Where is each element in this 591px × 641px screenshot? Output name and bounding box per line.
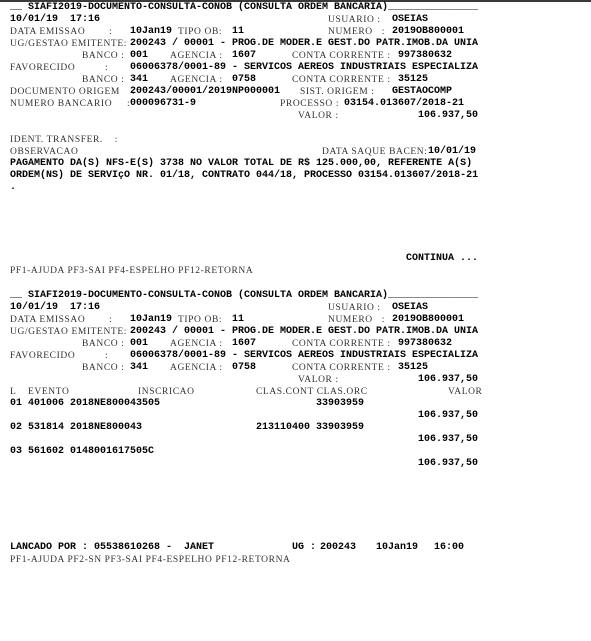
conta-corrente-label: CONTA CORRENTE : (292, 362, 391, 374)
data-saque-bacen-value: 10/01/19 (428, 146, 476, 158)
datetime: 10/01/19 17:16 (10, 302, 100, 314)
agencia-label: AGENCIA : (170, 362, 223, 374)
usuario-value: OSEIAS (392, 14, 428, 26)
column-header-evento: EVENTO (28, 386, 69, 398)
data-emissao-value: 10Jan19 (130, 26, 172, 38)
agencia-value: 1607 (232, 338, 256, 350)
conta-corrente-label: CONTA CORRENTE : (292, 338, 391, 350)
favorecido-row: FAVORECIDO : 06006378/0001-89 - SERVICOS… (10, 350, 34, 362)
valor-row: VALOR : 106.937,50 (10, 374, 34, 386)
valor-label: VALOR : (298, 374, 339, 386)
row-evento: 561602 (28, 446, 64, 458)
valor-value: 106.937,50 (418, 374, 478, 386)
time-footer: 16:00 (434, 542, 464, 554)
column-header-valor: VALOR (448, 386, 483, 398)
usuario-label: USUARIO : (328, 14, 381, 26)
data-emissao-row: DATA EMISSAO : 10Jan19 TIPO OB: 11 NUMER… (10, 26, 34, 38)
table-row-valor: 106.937,50 (10, 458, 34, 470)
data-emissao-value: 10Jan19 (130, 314, 172, 326)
conta-corrente-value: 997380632 (398, 50, 452, 62)
date-footer: 10Jan19 (376, 542, 418, 554)
column-header-l: L (10, 386, 16, 398)
ug-footer-label: UG : (292, 542, 316, 554)
continua-row: CONTINUA ... (10, 253, 34, 265)
banco-label: BANCO : (82, 362, 124, 374)
documento-origem-row: DOCUMENTO ORIGEM : 200243/00001/2019NP00… (10, 86, 34, 98)
observacao-header-row: OBSERVACAO DATA SAQUE BACEN: 10/01/19 (10, 146, 34, 158)
conta-corrente-value: 35125 (398, 362, 428, 374)
column-header-clas: CLAS.CONT CLAS.ORC (256, 386, 368, 398)
valor-label: VALOR : (298, 110, 339, 122)
banco-emitente-row: BANCO : 001 AGENCIA : 1607 CONTA CORRENT… (10, 50, 34, 62)
ug-emitente-label: UG/GESTAO EMITENTE: (10, 38, 127, 50)
row-inscricao: 0148001617505C (70, 446, 154, 458)
conta-corrente-value: 997380632 (398, 338, 452, 350)
lancado-por-value: 05538610268 - JANET (94, 542, 214, 554)
numero-bancario-value: 000096731-9 (130, 98, 196, 110)
numero-label: NUMERO : (328, 314, 385, 326)
row-clas-orc: 33903959 (316, 422, 364, 434)
banco-value: 341 (130, 362, 148, 374)
numero-value: 2019OB800001 (392, 314, 464, 326)
numero-bancario-row: NUMERO BANCARIO : 000096731-9 PROCESSO :… (10, 98, 34, 110)
numero-bancario-label: NUMERO BANCARIO : (10, 98, 130, 110)
processo-label: PROCESSO : (280, 98, 339, 110)
ug-footer-value: 200243 (320, 542, 356, 554)
data-saque-bacen-label: DATA SAQUE BACEN: (322, 146, 428, 158)
lancado-por-label: LANCADO POR : (10, 542, 88, 554)
row-evento: 531814 (28, 422, 64, 434)
row-inscricao: 2018NE800043505 (70, 398, 160, 410)
favorecido-label: FAVORECIDO : (10, 62, 108, 74)
data-emissao-label: DATA EMISSAO : (10, 26, 112, 38)
valor-value: 106.937,50 (418, 110, 478, 122)
row-l: 03 (10, 446, 22, 458)
row-inscricao: 2018NE800043 (70, 422, 142, 434)
row-evento: 401006 (28, 398, 64, 410)
numero-label: NUMERO : (328, 26, 385, 38)
table-row: 01 401006 2018NE800043505 33903959 (10, 398, 34, 410)
ug-emitente-label: UG/GESTAO EMITENTE: (10, 326, 127, 338)
banco-label: BANCO : (82, 338, 124, 350)
banco-label: BANCO : (82, 74, 124, 86)
documento-origem-value: 200243/00001/2019NP000001 (130, 86, 280, 98)
agencia-label: AGENCIA : (170, 74, 223, 86)
row-valor: 106.937,50 (418, 458, 478, 470)
conta-corrente-label: CONTA CORRENTE : (292, 74, 391, 86)
banco-label: BANCO : (82, 50, 124, 62)
ug-emitente-value: 200243 / 00001 - PROG.DE MODER.E GEST.DO… (130, 38, 478, 50)
agencia-value: 0758 (232, 362, 256, 374)
tipo-ob-value: 11 (232, 314, 244, 326)
data-emissao-label: DATA EMISSAO : (10, 314, 112, 326)
header-row-1: 10/01/19 17:16 USUARIO : OSEIAS (10, 14, 34, 26)
table-row-valor: 106.937,50 (10, 434, 34, 446)
screen-title: __ SIAFI2019-DOCUMENTO-CONSULTA-CONOB (C… (10, 2, 478, 14)
header-row-1: 10/01/19 17:16 USUARIO : OSEIAS (10, 302, 34, 314)
usuario-value: OSEIAS (392, 302, 428, 314)
banco-value: 001 (130, 50, 148, 62)
observacao-label: OBSERVACAO (10, 146, 78, 158)
row-valor: 106.937,50 (418, 434, 478, 446)
conta-corrente-value: 35125 (398, 74, 428, 86)
ident-transfer-label: IDENT. TRANSFER. : (10, 134, 118, 146)
favorecido-label: FAVORECIDO : (10, 350, 108, 362)
favorecido-value: 06006378/0001-89 - SERVICOS AEREOS INDUS… (130, 62, 478, 74)
function-keys-bar[interactable]: PF1-AJUDA PF3-SAI PF4-ESPELHO PF12-RETOR… (10, 265, 253, 277)
row-clas-cont: 213110400 (256, 422, 310, 434)
agencia-label: AGENCIA : (170, 338, 223, 350)
observacao-line-2: ORDEM(NS) DE SERVIçO NR. 01/18, CONTRATO… (10, 170, 478, 182)
ident-transfer-row: IDENT. TRANSFER. : (10, 134, 34, 146)
ug-emitente-value: 200243 / 00001 - PROG.DE MODER.E GEST.DO… (130, 326, 478, 338)
lancado-por-row: LANCADO POR : 05538610268 - JANET UG : 2… (10, 542, 34, 554)
valor-row: VALOR : 106.937,50 (10, 110, 34, 122)
observacao-line-1: PAGAMENTO DA(S) NFS-E(S) 3738 NO VALOR T… (10, 158, 472, 170)
favorecido-value: 06006378/0001-89 - SERVICOS AEREOS INDUS… (130, 350, 478, 362)
favorecido-row: FAVORECIDO : 06006378/0001-89 - SERVICOS… (10, 62, 34, 74)
agencia-value: 1607 (232, 50, 256, 62)
banco-favorecido-row: BANCO : 341 AGENCIA : 0758 CONTA CORRENT… (10, 362, 34, 374)
documento-origem-label: DOCUMENTO ORIGEM : (10, 86, 135, 98)
observacao-line-3: . (10, 182, 16, 194)
table-row-valor: 106.937,50 (10, 410, 34, 422)
sist-origem-label: SIST. ORIGEM : (300, 86, 374, 98)
agencia-label: AGENCIA : (170, 50, 223, 62)
row-l: 01 (10, 398, 22, 410)
banco-value: 001 (130, 338, 148, 350)
ug-emitente-row: UG/GESTAO EMITENTE: 200243 / 00001 - PRO… (10, 326, 34, 338)
agencia-value: 0758 (232, 74, 256, 86)
screen-title: __ SIAFI2019-DOCUMENTO-CONSULTA-CONOB (C… (10, 290, 478, 302)
banco-emitente-row: BANCO : 001 AGENCIA : 1607 CONTA CORRENT… (10, 338, 34, 350)
row-valor: 106.937,50 (418, 410, 478, 422)
datetime: 10/01/19 17:16 (10, 14, 100, 26)
tipo-ob-value: 11 (232, 26, 244, 38)
function-keys-bar[interactable]: PF1-AJUDA PF2-SN PF3-SAI PF4-ESPELHO PF1… (10, 554, 291, 566)
data-emissao-row: DATA EMISSAO : 10Jan19 TIPO OB: 11 NUMER… (10, 314, 34, 326)
row-l: 02 (10, 422, 22, 434)
ug-emitente-row: UG/GESTAO EMITENTE: 200243 / 00001 - PRO… (10, 38, 34, 50)
table-row: 02 531814 2018NE800043 213110400 3390395… (10, 422, 34, 434)
continua-indicator: CONTINUA ... (406, 253, 478, 265)
banco-value: 341 (130, 74, 148, 86)
table-header: L EVENTO INSCRICAO CLAS.CONT CLAS.ORC VA… (10, 386, 34, 398)
column-header-inscricao: INSCRICAO (138, 386, 195, 398)
numero-value: 2019OB800001 (392, 26, 464, 38)
tipo-ob-label: TIPO OB: (178, 26, 222, 38)
tipo-ob-label: TIPO OB: (178, 314, 222, 326)
table-row: 03 561602 0148001617505C (10, 446, 34, 458)
banco-favorecido-row: BANCO : 341 AGENCIA : 0758 CONTA CORRENT… (10, 74, 34, 86)
processo-value: 03154.013607/2018-21 (344, 98, 464, 110)
sist-origem-value: GESTAOCOMP (392, 86, 452, 98)
row-clas-orc: 33903959 (316, 398, 364, 410)
conta-corrente-label: CONTA CORRENTE : (292, 50, 391, 62)
usuario-label: USUARIO : (328, 302, 381, 314)
